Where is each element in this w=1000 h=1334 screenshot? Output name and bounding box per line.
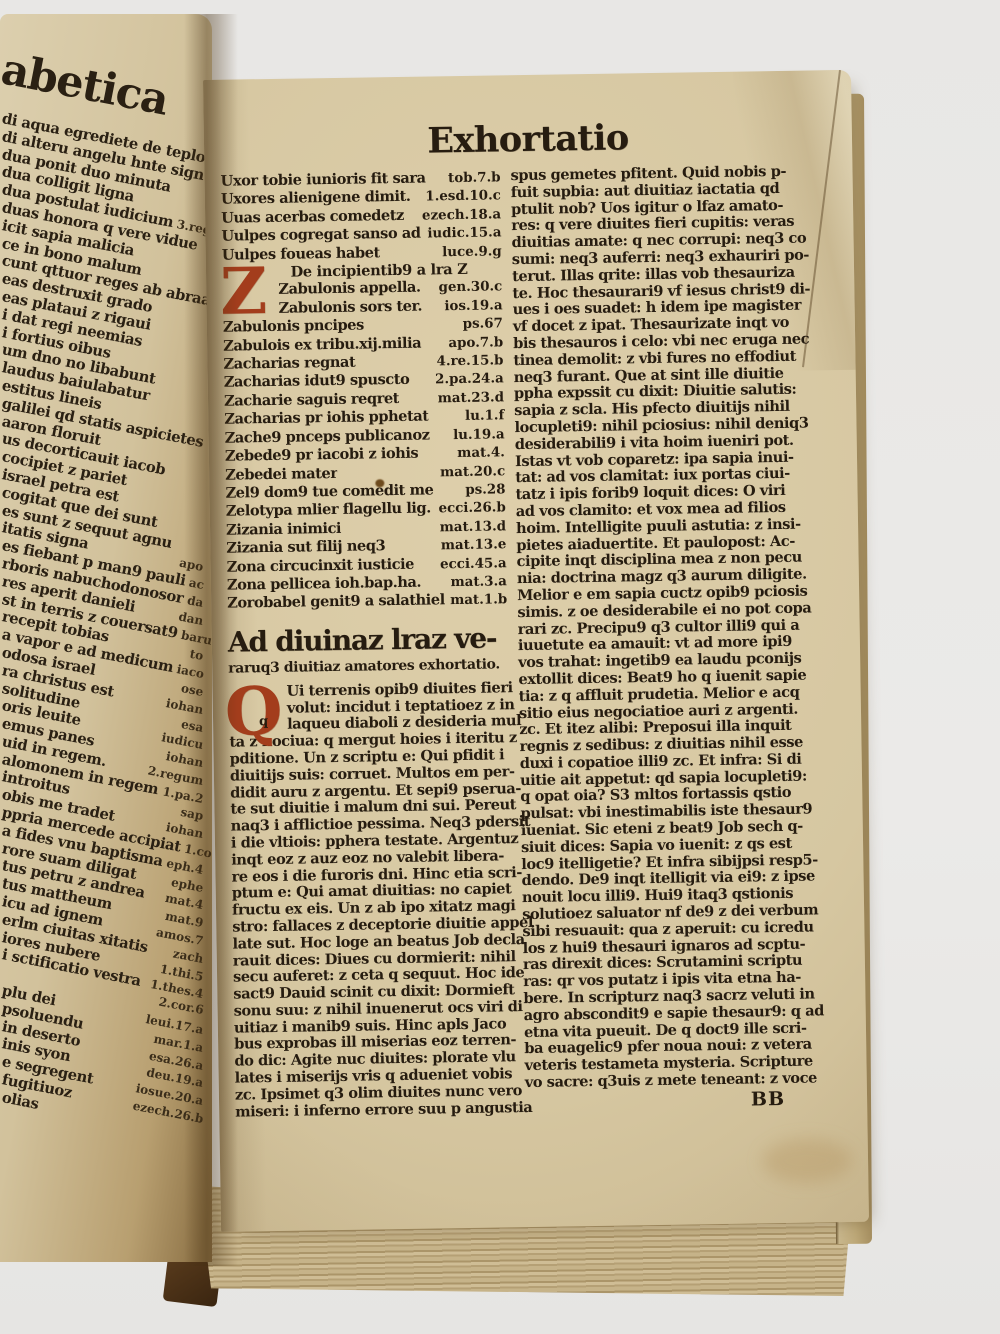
- index-entry-ref: 4.re.15.b: [436, 352, 503, 370]
- index-entry-ref: mat.20.c: [440, 463, 505, 481]
- guide-letter-q: q: [259, 714, 268, 729]
- rubricated-initial-q: Q: [224, 682, 282, 742]
- paragraph-lines: spus gemetes pfitent. Quid nobis p- fuit…: [510, 164, 818, 1092]
- index-entry-ref: lu.1.f: [465, 408, 505, 426]
- index-entry-ref: ac: [188, 576, 205, 593]
- index-entry-text: Zacharias pr iohis pphetat: [224, 408, 429, 429]
- index-entry-text: Zebedei mater: [225, 464, 338, 483]
- index-list-z: Zabulonis pncipes ps.67 Zabulois ex trib…: [223, 315, 508, 614]
- index-entry-ref: ecci.45.a: [440, 555, 507, 573]
- index-entry-ref: gen.30.c: [438, 279, 502, 297]
- ink-stain: [375, 479, 384, 487]
- index-entry-ref: ps.28: [465, 481, 505, 499]
- index-entry-text: Zelotypa mlier flagellu lig.: [226, 500, 431, 521]
- index-entry-ref: mat.1.b: [450, 592, 507, 610]
- left-page-index-lines: di aqua egrediete de teplo di alteru ang…: [2, 110, 208, 1107]
- index-entry-text: Zizania sut filij neq3: [226, 537, 385, 557]
- index-entry-text: Zabulonis appella.: [278, 279, 421, 299]
- index-entry-ref: mat.13.d: [440, 518, 507, 536]
- index-entry-text: Zacharias idut9 spuscto: [224, 371, 410, 391]
- index-entry-ref: mat.13.e: [441, 536, 507, 554]
- rubricated-initial-z: Z: [220, 263, 268, 321]
- page-content: Exhortatio Uxor tobie iunioris fit sara …: [203, 70, 867, 1122]
- index-entry-ref: ios.19.a: [444, 297, 502, 315]
- index-entry-ref: lu.19.a: [453, 426, 505, 444]
- index-row: Zorobabel genit9 a salathiel mat.1.b: [227, 591, 507, 614]
- index-entry-text: Zel9 dom9 tue comedit me: [225, 481, 433, 502]
- index-entry-ref: apo.7.b: [448, 334, 503, 352]
- index-entry-ref: mat.23.d: [438, 389, 505, 407]
- index-entry-text: Uulpes cogregat sanso ad se.: [221, 225, 422, 246]
- index-entry-text: Uxor tobie iunioris fit sara: [220, 170, 425, 191]
- text-columns: Uxor tobie iunioris fit sara tob.7.b Uxo…: [204, 155, 867, 1122]
- index-entry-text: Zabulonis sors ter.: [278, 297, 422, 317]
- index-entry-ref: tob.7.b: [448, 169, 501, 187]
- left-text-column: Uxor tobie iunioris fit sara tob.7.b Uxo…: [220, 168, 515, 1121]
- text-line: miseri: i inferno errore suu p angustia: [235, 1100, 515, 1121]
- index-entry-ref: to: [189, 647, 205, 663]
- index-entry-ref: ezech.18.a: [422, 206, 501, 225]
- index-entry-ref: mat.4.: [457, 444, 505, 462]
- index-entry-ref: da: [186, 593, 205, 610]
- index-entry-ref: iudic.15.a: [427, 225, 501, 244]
- index-entry-ref: 1.esd.10.c: [425, 188, 501, 207]
- exhortation-title-line1: Ad diuinaz lraz ve-: [228, 621, 508, 659]
- right-page-recto: Exhortatio Uxor tobie iunioris fit sara …: [203, 70, 869, 1232]
- index-entry-ref: ps.67: [463, 316, 503, 334]
- exhortation-paragraph: Q q Ui terrenis opib9 diuites fieri volu…: [228, 680, 515, 1121]
- index-entry-text: Zache9 pnceps publicanoz: [224, 426, 429, 447]
- index-entry-text: Zona pellicea ioh.bap.ha.: [227, 574, 421, 594]
- index-entry-text: Zacharie saguis reqret: [224, 390, 399, 410]
- index-list-u: Uxor tobie iunioris fit sara tob.7.b Uxo…: [220, 168, 501, 264]
- index-entry-ref: luce.9.g: [442, 243, 502, 261]
- foxing-stain: [762, 1138, 853, 1183]
- index-entry-ref: ecci.26.b: [438, 500, 505, 518]
- index-entry-ref: 2.pa.24.a: [435, 371, 504, 389]
- left-page-verso: abetica di aqua egrediete de teplo di al…: [0, 14, 212, 1262]
- z-index-block: Z Zabulonis appella. gen.30.c Zabulonis: [222, 278, 507, 614]
- index-entry-text: Zebede9 pr iacobi z iohis: [225, 445, 419, 465]
- index-entry-text: Zona circucinxit iusticie: [227, 555, 415, 575]
- index-entry-text: Zorobabel genit9 a salathiel: [227, 592, 445, 613]
- index-entry-text: Uxores alienigene dimit.: [221, 188, 411, 208]
- quire-signature: BB: [525, 1087, 819, 1114]
- index-entry-text: Zizania inimici: [226, 520, 341, 539]
- right-text-column: spus gemetes pfitent. Quid nobis p- fuit…: [510, 164, 819, 1117]
- index-entry-text: Uuas acerbas comedetz: [221, 207, 404, 227]
- index-entry-text: Zacharias regnat: [223, 354, 355, 373]
- photo-of-open-incunabulum: abetica di aqua egrediete de teplo di al…: [0, 0, 1000, 1334]
- paragraph-lines: ta z nociua: q mergut hoies i iteritu z …: [229, 730, 515, 1121]
- index-entry-ref: mat.3.a: [450, 573, 507, 591]
- index-entry-text: Zabulois ex tribu.xij.milia: [223, 334, 421, 355]
